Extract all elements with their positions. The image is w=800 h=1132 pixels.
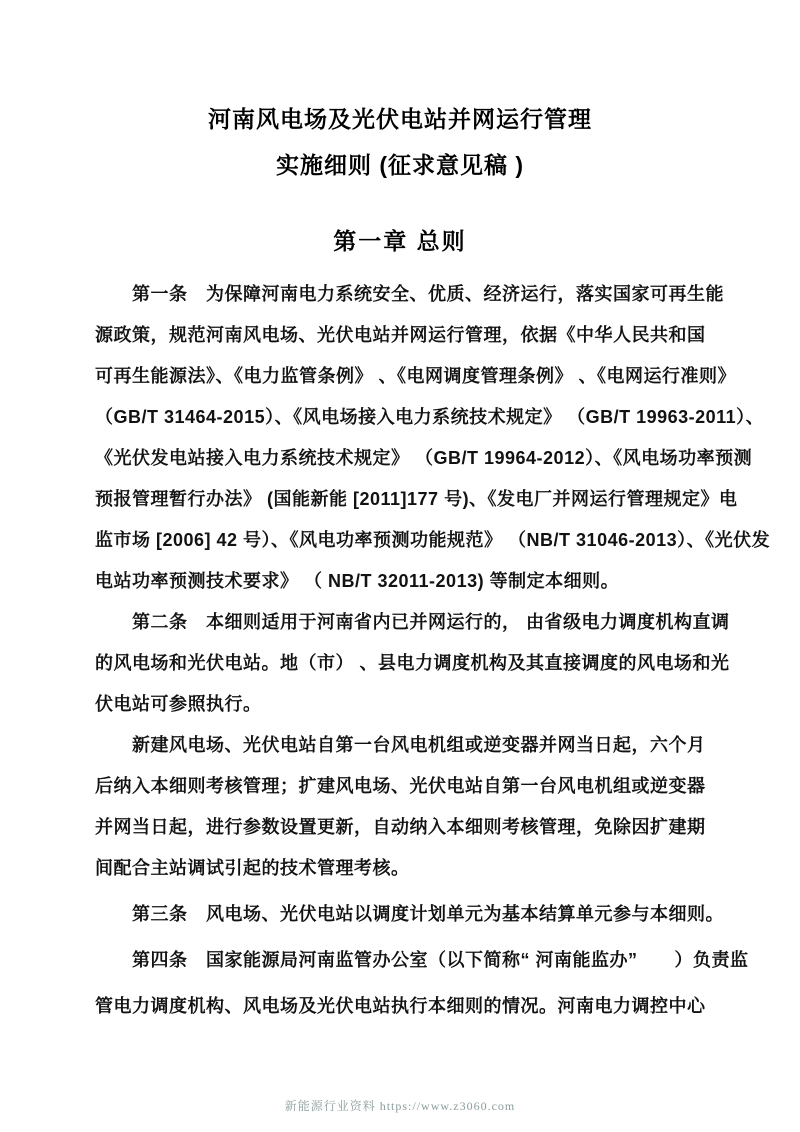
body-line: 可再生能源法》、《电力监管条例》 、《电网调度管理条例》 、《电网运行准则》 xyxy=(95,356,712,397)
body-line: 第二条 本细则适用于河南省内已并网运行的， 由省级电力调度机构直调 xyxy=(95,602,712,643)
body-line: 第四条 国家能源局河南监管办公室（以下简称“ 河南能监办” ）负责监 xyxy=(95,940,712,981)
chapter-heading: 第一章 总则 xyxy=(0,226,800,256)
document-title: 河南风电场及光伏电站并网运行管理 实施细则 (征求意见稿 ) xyxy=(0,0,800,188)
document-page: 河南风电场及光伏电站并网运行管理 实施细则 (征求意见稿 ) 第一章 总则 第一… xyxy=(0,0,800,1132)
body-line: 新建风电场、光伏电站自第一台风电机组或逆变器并网当日起，六个月 xyxy=(95,725,712,766)
body-line: 管电力调度机构、风电场及光伏电站执行本细则的情况。河南电力调控中心 xyxy=(95,986,712,1027)
document-body: 第一条 为保障河南电力系统安全、优质、经济运行，落实国家可再生能 源政策，规范河… xyxy=(0,274,800,1027)
body-line: 间配合主站调试引起的技术管理考核。 xyxy=(95,848,712,889)
body-line: 后纳入本细则考核管理；扩建风电场、光伏电站自第一台风电机组或逆变器 xyxy=(95,766,712,807)
body-line: 监市场 [2006] 42 号）、《风电功率预测功能规范》 （NB/T 3104… xyxy=(95,520,712,561)
body-line: 并网当日起，进行参数设置更新，自动纳入本细则考核管理，免除因扩建期 xyxy=(95,807,712,848)
body-line: （GB/T 31464-2015）、《风电场接入电力系统技术规定》 （GB/T … xyxy=(95,397,712,438)
body-line: 电站功率预测技术要求》 （ NB/T 32011-2013) 等制定本细则。 xyxy=(95,561,712,602)
document-title-line2: 实施细则 (征求意见稿 ) xyxy=(0,142,800,188)
body-line: 第三条 风电场、光伏电站以调度计划单元为基本结算单元参与本细则。 xyxy=(95,894,712,935)
body-line: 《光伏发电站接入电力系统技术规定》 （GB/T 19964-2012）、《风电场… xyxy=(95,438,712,479)
footer-watermark: 新能源行业资料 https://www.z3060.com xyxy=(0,1096,800,1116)
body-line: 预报管理暂行办法》 (国能新能 [2011]177 号)、《发电厂并网运行管理规… xyxy=(95,479,712,520)
body-line: 伏电站可参照执行。 xyxy=(95,684,712,725)
body-line: 的风电场和光伏电站。地（市） 、县电力调度机构及其直接调度的风电场和光 xyxy=(95,643,712,684)
body-line: 源政策，规范河南风电场、光伏电站并网运行管理，依据《中华人民共和国 xyxy=(95,315,712,356)
body-line: 第一条 为保障河南电力系统安全、优质、经济运行，落实国家可再生能 xyxy=(95,274,712,315)
document-title-line1: 河南风电场及光伏电站并网运行管理 xyxy=(0,96,800,142)
